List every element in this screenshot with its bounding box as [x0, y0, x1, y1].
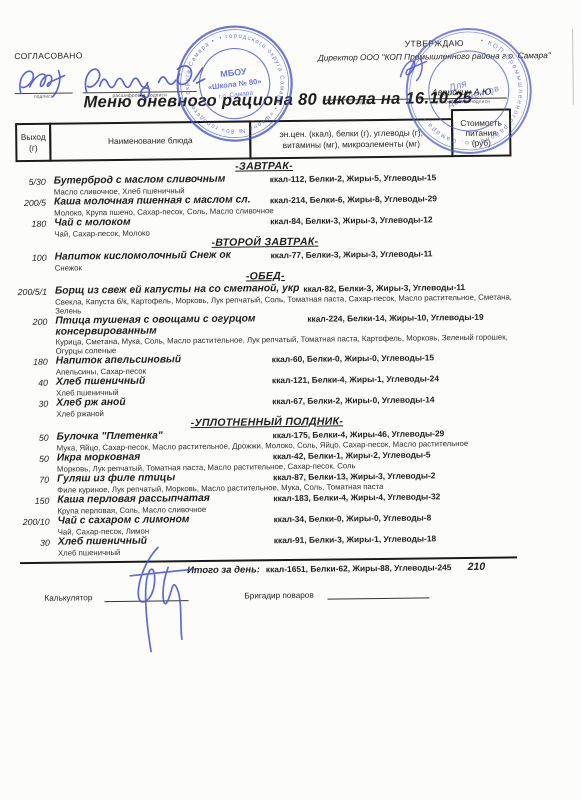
- portion-weight: 50: [19, 432, 57, 453]
- totals-values: ккал-1651, Белки-62, Жиры-88, Углеводы-2…: [266, 562, 452, 574]
- menu-body: -ЗАВТРАК-5/30Бутерброд с маслом сливочны…: [16, 157, 518, 603]
- portion-weight: 100: [17, 252, 55, 273]
- portion-weight: 200/10: [20, 516, 58, 537]
- portion-weight: 5/30: [16, 176, 54, 197]
- nutrition-info: ккал-77, Белки-3, Жиры-3, Углеводы-11: [271, 247, 433, 261]
- menu-section: -ЗАВТРАК-5/30Бутерброд с маслом сливочны…: [16, 157, 514, 239]
- portion-weight: 180: [16, 218, 54, 239]
- signature-line: [328, 597, 430, 599]
- nutrition-info: ккал-91, Белки-3, Жиры-1, Углеводы-18: [274, 532, 436, 546]
- nutrition-info: ккал-214, Белки-6, Жиры-8, Углеводы-29: [270, 192, 437, 206]
- portion-weight: 150: [19, 495, 57, 516]
- portion-weight: 180: [18, 356, 56, 377]
- nutrition-info: ккал-60, Белки-0, Жиры-0, Углеводы-15: [272, 351, 434, 365]
- menu-section: -УПЛОТНЕННЫЙ ПОЛДНИК-50Булочка "Плетенка…: [18, 413, 517, 558]
- portion-weight: 40: [18, 377, 56, 398]
- menu-row: 200Птица тушеная с овощами с огурцом кон…: [17, 310, 514, 356]
- stamp-school: «Школа № 80»: [207, 77, 261, 92]
- totals-label: Итого за день:: [187, 564, 260, 576]
- nutrition-info: ккал-34, Белки-0, Жиры-0, Углеводы-8: [274, 511, 432, 525]
- menu-row: 30Хлеб пшеничныйккал-91, Белки-3, Жиры-1…: [20, 531, 517, 558]
- nutrition-info: ккал-112, Белки-2, Жиры-5, Углеводы-15: [270, 171, 437, 185]
- menu-section: -ОБЕД-200/5/1Борщ из свеж ей капусты на …: [17, 267, 516, 419]
- menu-row-body: Хлеб пшеничныйккал-91, Белки-3, Жиры-1, …: [58, 531, 517, 557]
- col-header-weight: Выход (г): [15, 123, 51, 162]
- nutrition-info: ккал-224, Белки-14, Жиры-10, Углеводы-19: [307, 311, 483, 325]
- totals-cost: 210: [468, 560, 518, 573]
- col-header-cost: Стоимость питания (руб): [451, 108, 512, 157]
- nutrition-info: ккал-67, Белки-2, Жиры-0, Углеводы-14: [272, 393, 434, 407]
- portion-weight: 30: [18, 398, 56, 419]
- col-header-nutrition: эн.цен. (ккал), белки (г), углеводы (г),…: [249, 118, 453, 159]
- menu-row-body: Птица тушеная с овощами с огурцом консер…: [55, 310, 514, 355]
- portion-weight: 50: [19, 453, 57, 474]
- menu-section: -ВТОРОЙ ЗАВТРАК-100Напиток кисломолочный…: [16, 233, 513, 273]
- brigadier-label: Бригадир поваров: [244, 591, 313, 601]
- stamp-org: МБОУ: [220, 66, 248, 79]
- scanned-menu-document: СОГЛАСОВАНО подпись расшифровка подписи …: [0, 0, 581, 800]
- nutrition-info: ккал-121, Белки-4, Жиры-1, Углеводы-24: [272, 372, 439, 386]
- portion-weight: 200: [17, 316, 55, 356]
- director-line: Директор ООО "КОП Промышленного района г…: [296, 50, 572, 63]
- nutrition-info: ккал-84, Белки-3, Жиры-3, Углеводы-12: [270, 213, 432, 227]
- portion-weight: 30: [20, 537, 58, 558]
- portion-weight: 70: [19, 474, 57, 495]
- agreed-label: СОГЛАСОВАНО: [14, 49, 214, 61]
- approved-label: УТВЕРЖДАЮ: [296, 37, 572, 50]
- table-header: Выход (г) Наименование блюда эн.цен. (кк…: [15, 108, 516, 162]
- footer-signatures: Калькулятор Бригадир поваров: [20, 588, 517, 603]
- dish-name: Птица тушеная с овощами с огурцом консер…: [55, 313, 307, 338]
- nutrition-info: ккал-183, Белки-4, Жиры-4, Углеводы-32: [273, 490, 440, 504]
- scan-edge-artifact: [572, 29, 574, 105]
- calculator-label: Калькулятор: [44, 593, 92, 603]
- portion-weight: 200/5: [16, 197, 54, 218]
- nutrition-info: ккал-42, Белки-1, Жиры-2, Углеводы-5: [273, 448, 431, 462]
- nutrition-info: ккал-87, Белки-13, Жиры-3, Углеводы-2: [273, 469, 435, 483]
- col-header-dish: Наименование блюда: [49, 120, 251, 161]
- portion-weight: 200/5/1: [17, 286, 55, 316]
- signature-line: [104, 600, 188, 602]
